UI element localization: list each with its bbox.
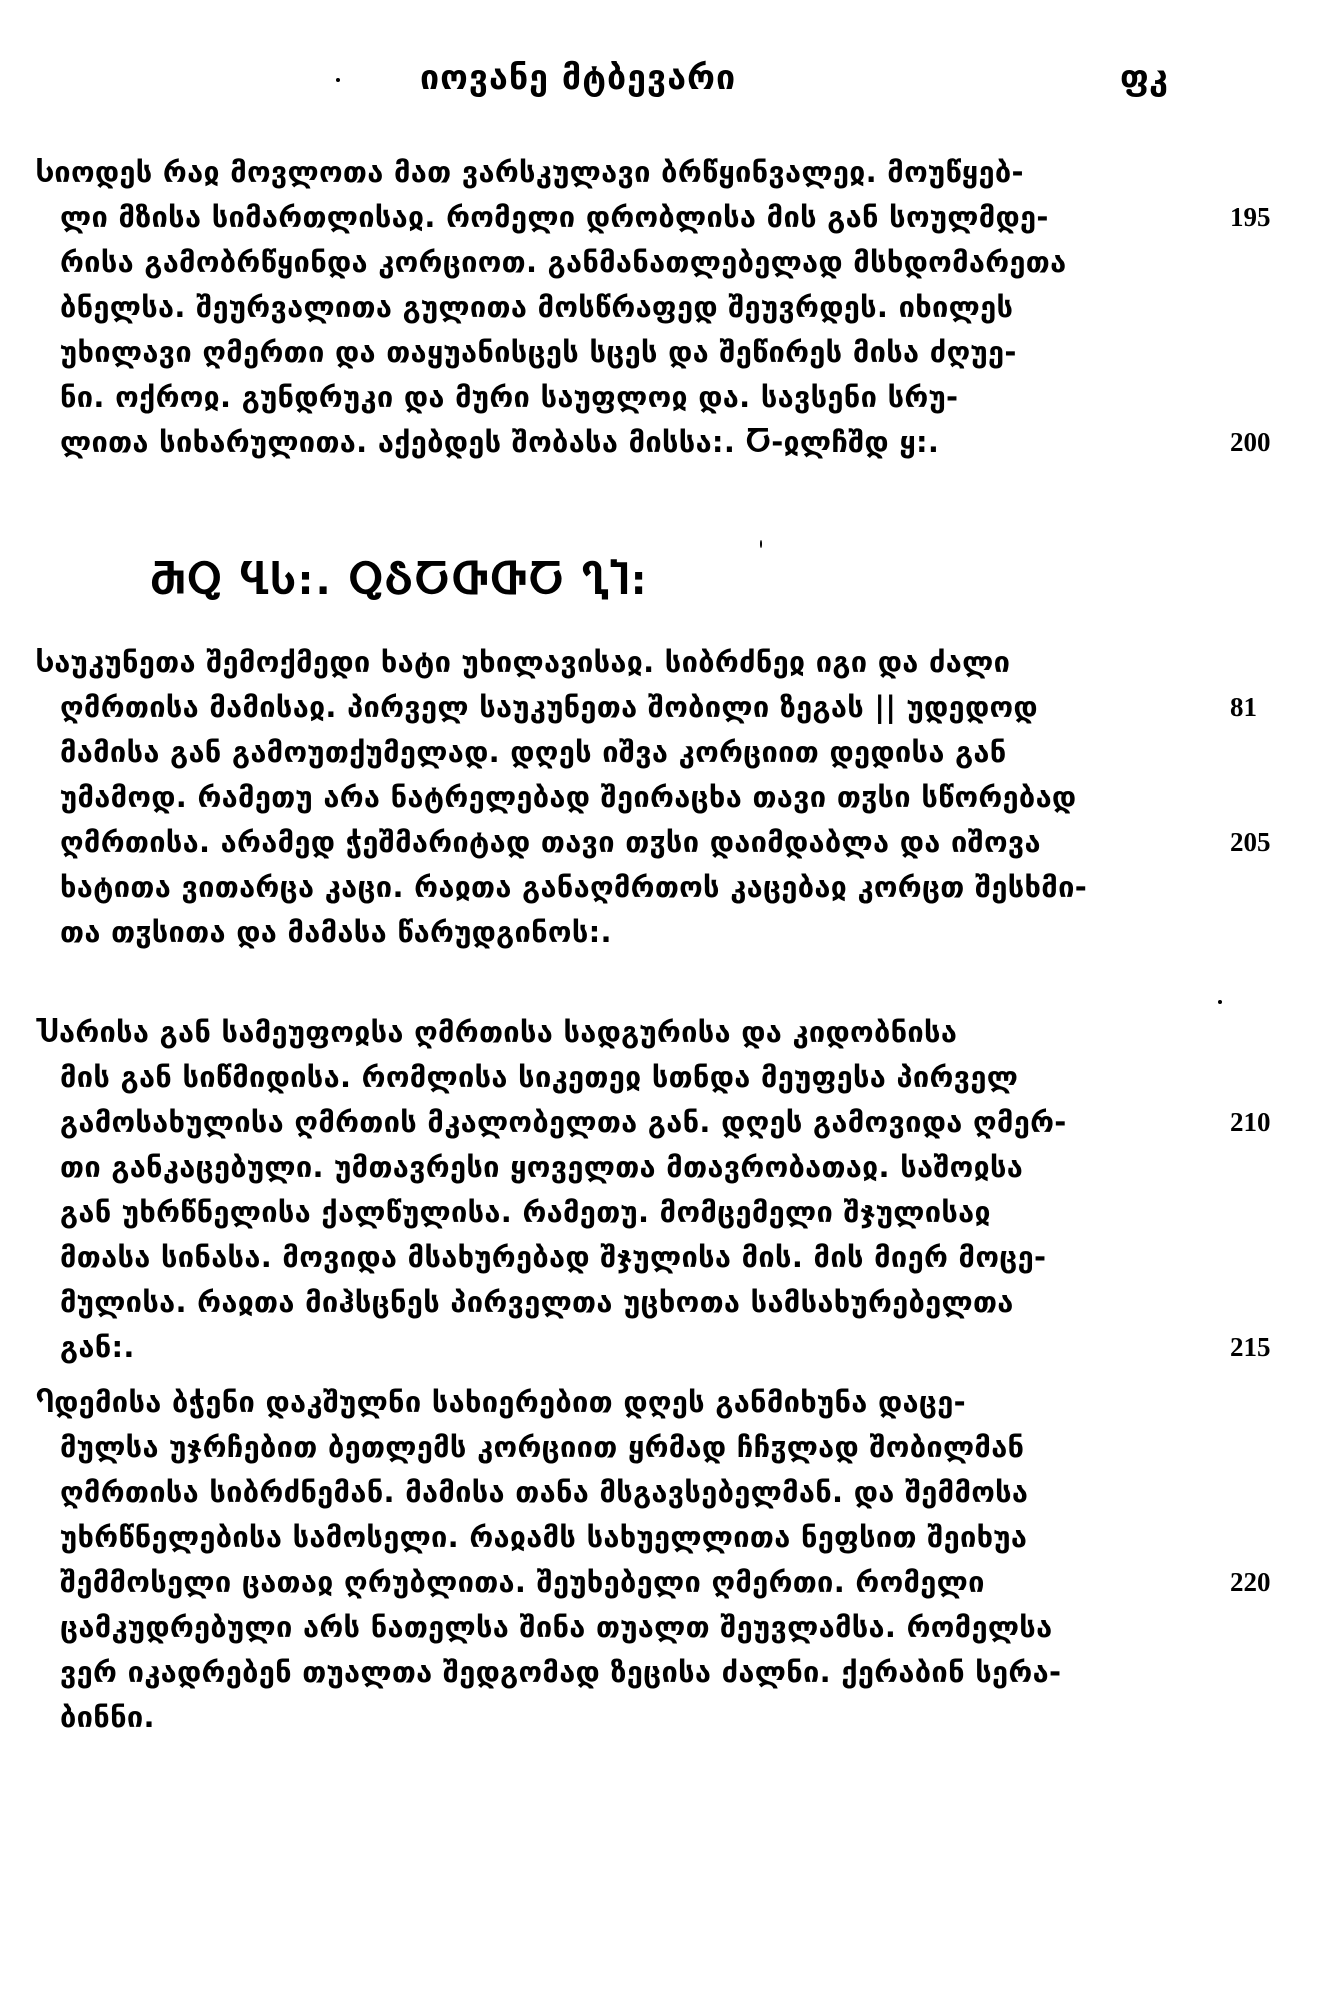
text-line: უმამოდ. რამეთუ არა ნატრელებად შეირაცხა თ…	[60, 775, 1240, 819]
text-line: Ⴑიოდეს რაჲ მოვლოთა მათ ვარსკულავი ბრწყინ…	[36, 150, 1216, 194]
text-line: ბნელსა. შეურვალითა გულითა მოსწრაფედ შეუვ…	[60, 285, 1240, 329]
text-line: უხილავი ღმერთი და თაყუანისცეს სცეს და შე…	[60, 330, 1240, 374]
text-line: ხატითა ვითარცა კაცი. რაჲთა განაღმრთოს კა…	[60, 865, 1240, 909]
scan-speck	[1218, 1000, 1222, 1004]
text-line: ღმრთისა. არამედ ჭეშმარიტად თავი თჳსი დაი…	[60, 820, 1240, 864]
line-number: 215	[1230, 1325, 1320, 1369]
text-line: Ⴄდემისა ბჭენი დაკშულნი სახიერებით დღეს გ…	[36, 1380, 1216, 1424]
text-line: ლითა სიხარულითა. აქებდეს შობასა მისსა:. …	[60, 420, 1240, 464]
text-line: მამისა გან გამოუთქუმელად. დღეს იშვა კორც…	[60, 730, 1240, 774]
line-number: 205	[1230, 820, 1320, 864]
text-line: მულსა უჯრჩებით ბეთლემს კორციით ყრმად ჩჩჳ…	[60, 1425, 1240, 1469]
text-line: ცამკუდრებული არს ნათელსა შინა თუალთ შეუვ…	[60, 1605, 1240, 1649]
text-line: უხრწნელებისა სამოსელი. რაჲამს სახუელლითა…	[60, 1515, 1240, 1559]
text-line: ნი. ოქროჲ. გუნდრუკი და მური საუფლოჲ და. …	[60, 375, 1240, 419]
scan-speck	[336, 78, 340, 82]
text-line: რისა გამობრწყინდა კორციოთ. განმანათლებელ…	[60, 240, 1240, 284]
text-line: ბინნი.	[60, 1695, 1240, 1739]
text-line: შემმოსელი ცათაჲ ღრუბლითა. შეუხებელი ღმერ…	[60, 1560, 1240, 1604]
line-number: 195	[1230, 195, 1320, 239]
text-line: გამოსახულისა ღმრთის მკალობელთა გან. დღეს…	[60, 1100, 1240, 1144]
text-line: მის გან სიწმიდისა. რომლისა სიკეთეჲ სთნდა…	[60, 1055, 1240, 1099]
text-line: ლი მზისა სიმართლისაჲ. რომელი დრობლისა მი…	[60, 195, 1240, 239]
line-number: 81	[1230, 685, 1320, 729]
text-line: მულისა. რაჲთა მიჰსცნეს პირველთა უცხოთა ს…	[60, 1280, 1240, 1324]
line-number: 220	[1230, 1560, 1320, 1604]
section-heading: ႫႭ ႡႱ:. ႭჂႠႧႧႠ ႢႨ:	[150, 558, 649, 604]
text-line: Ⴎარისა გან სამეუფოჲსა ღმრთისა სადგურისა …	[36, 1010, 1216, 1054]
page-number: ფკ	[1120, 58, 1168, 98]
text-line: Ⴑაუკუნეთა შემოქმედი ხატი უხილავისაჲ. სიბ…	[36, 640, 1216, 684]
running-head: იოვანე მტბევარი ფკ	[0, 58, 1340, 118]
text-line: გან:.	[60, 1325, 1240, 1369]
text-line: ვერ იკადრებენ თუალთა შედგომად ზეცისა ძალ…	[60, 1650, 1240, 1694]
text-line: გან უხრწნელისა ქალწულისა. რამეთუ. მომცემ…	[60, 1190, 1240, 1234]
scan-speck	[760, 540, 762, 548]
text-line: მთასა სინასა. მოვიდა მსახურებად შჯულისა …	[60, 1235, 1240, 1279]
text-line: თი განკაცებული. უმთავრესი ყოველთა მთავრო…	[60, 1145, 1240, 1189]
line-number: 210	[1230, 1100, 1320, 1144]
running-title: იოვანე მტბევარი	[420, 58, 736, 98]
scanned-page: იოვანე მტბევარი ფკ Ⴑიოდეს რაჲ მოვლოთა მა…	[0, 0, 1340, 1999]
text-line: ღმრთისა სიბრძნემან. მამისა თანა მსგავსებ…	[60, 1470, 1240, 1514]
text-line: ღმრთისა მამისაჲ. პირველ საუკუნეთა შობილი…	[60, 685, 1240, 729]
line-number: 200	[1230, 420, 1320, 464]
text-line: თა თჳსითა და მამასა წარუდგინოს:.	[60, 910, 1240, 954]
